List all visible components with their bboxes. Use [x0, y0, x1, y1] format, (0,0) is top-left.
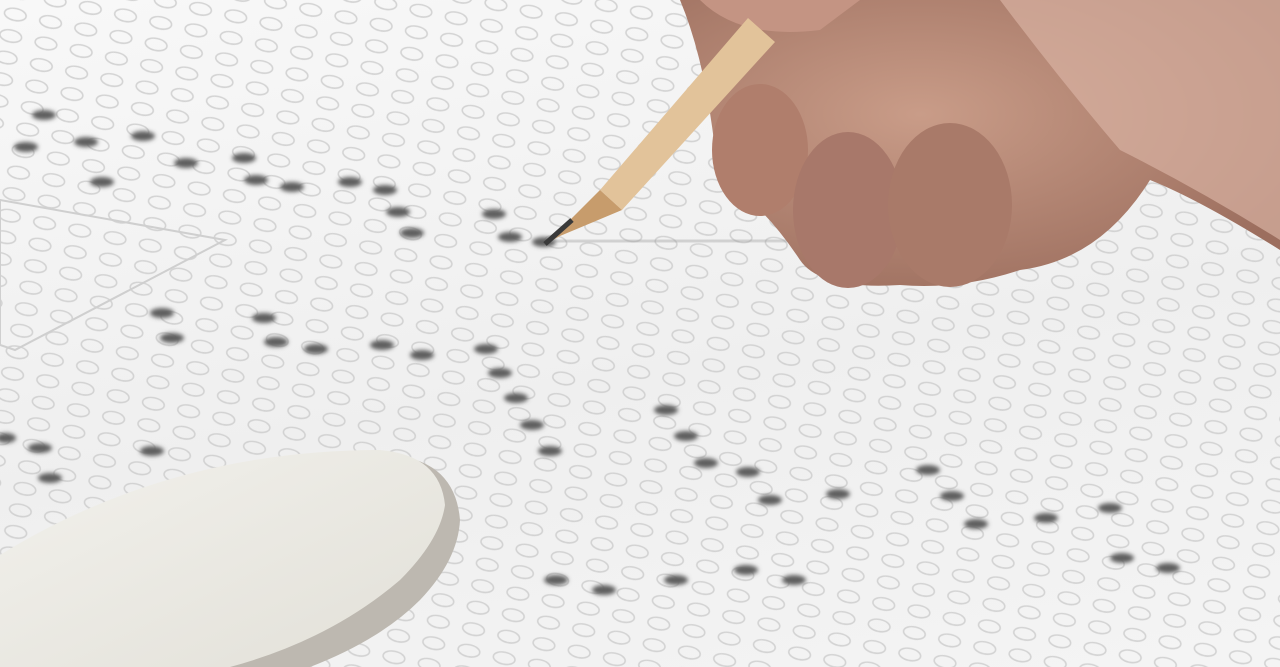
photo-scene [0, 0, 1280, 667]
answer-sheet [0, 0, 1280, 667]
pencil-shadow [550, 240, 790, 242]
